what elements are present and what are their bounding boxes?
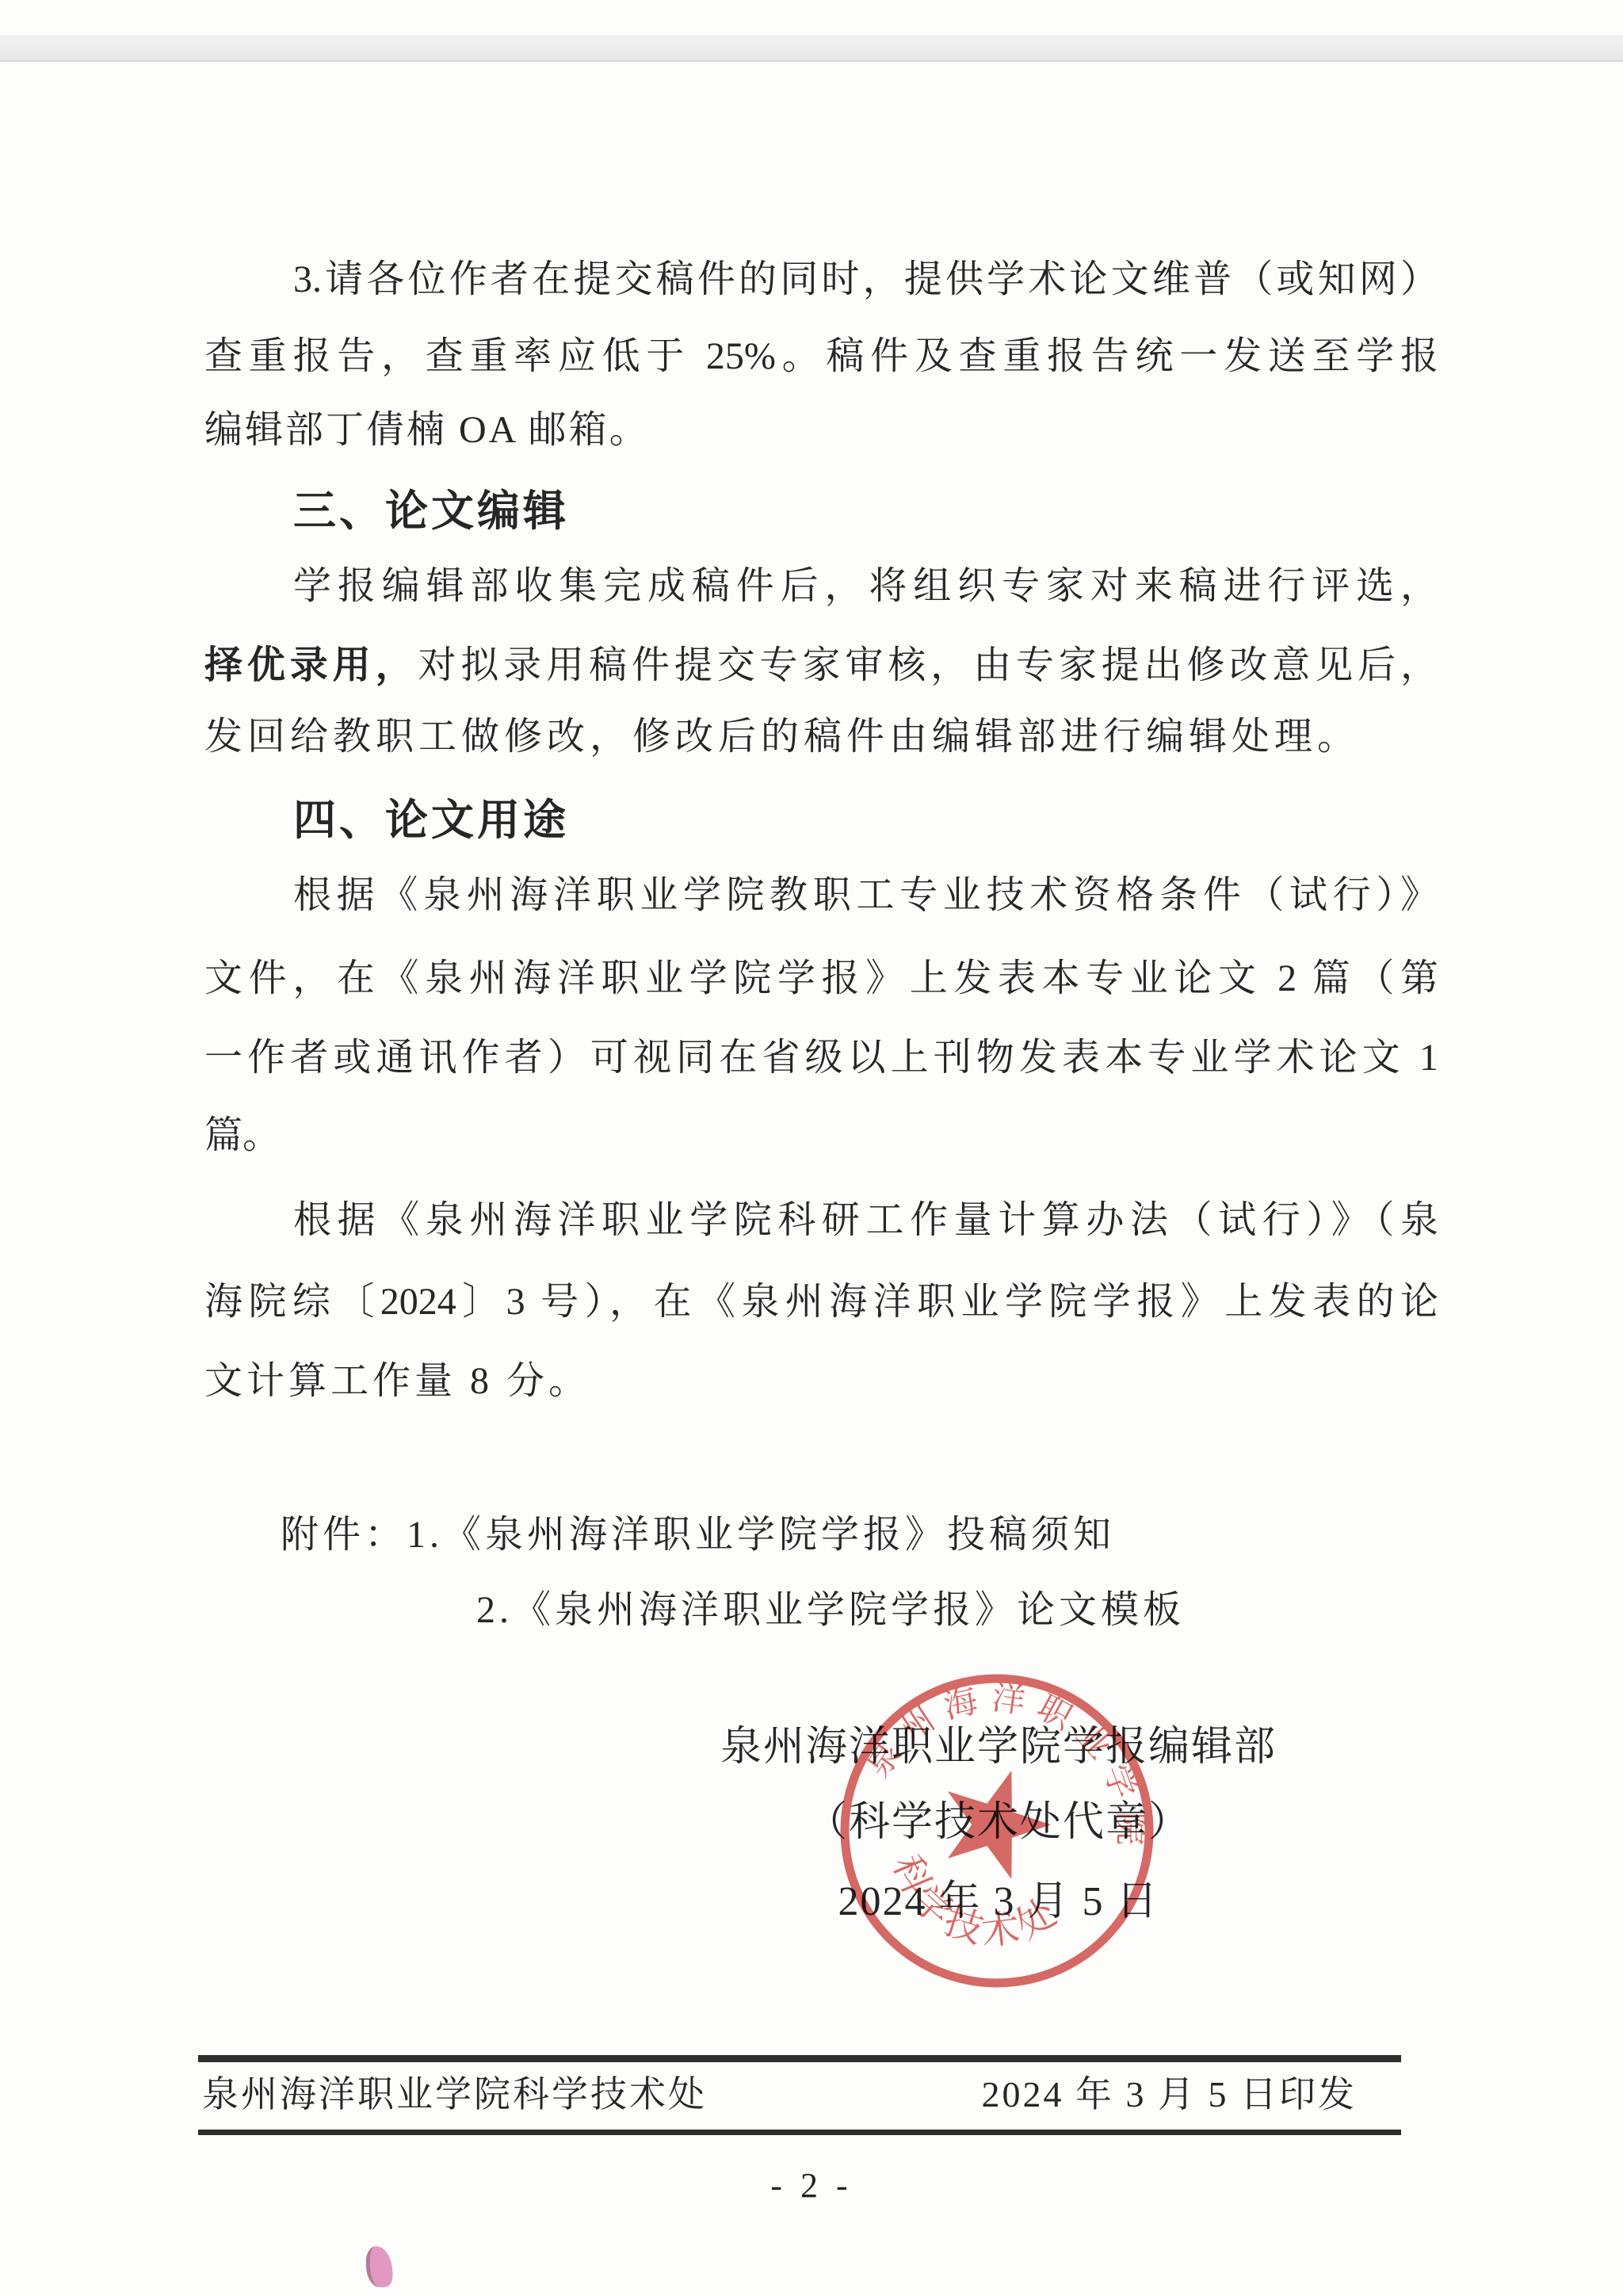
para-submit-line2: 查重报告，查重率应低于 25%。稿件及查重报告统一发送至学报 <box>204 328 1438 385</box>
section-heading-editing: 三、论文编辑 <box>293 483 569 540</box>
attachment-line1: 附件：1.《泉州海洋职业学院学报》投稿须知 <box>281 1507 1115 1564</box>
page-number: - 2 - <box>0 2160 1623 2211</box>
section4-p1-line1: 根据《泉州海洋职业学院教职工专业技术资格条件（试行）》 <box>293 867 1438 924</box>
footer-rule-bottom <box>198 2130 1401 2135</box>
footer-rule-top <box>198 2055 1401 2062</box>
section4-p1-line3: 一作者或通讯作者）可视同在省级以上刊物发表本专业学术论文 1 <box>204 1030 1438 1087</box>
scan-artifact-band <box>0 35 1623 62</box>
section4-p1-line2: 文件，在《泉州海洋职业学院学报》上发表本专业论文 2 篇（第 <box>204 950 1438 1007</box>
para-submit-line1: 3.请各位作者在提交稿件的同时，提供学术论文维普（或知网） <box>293 251 1438 308</box>
section4-p2-line1: 根据《泉州海洋职业学院科研工作量计算办法（试行）》（泉 <box>293 1192 1438 1249</box>
bold-phrase: 择优录用， <box>204 644 418 686</box>
scanned-document-page: { "document": { "para_submit": { "l1": "… <box>0 0 1623 2296</box>
section3-line3: 发回给教职工做修改，修改后的稿件由编辑部进行编辑处理。 <box>204 709 1360 766</box>
signature-date: 2024 年 3 月 5 日 <box>697 1875 1300 1929</box>
pink-ink-smudge <box>365 2245 394 2288</box>
attachment-line2: 2.《泉州海洋职业学院学报》论文模板 <box>476 1582 1185 1639</box>
para-submit-line3: 编辑部丁倩楠 OA 邮箱。 <box>204 402 650 459</box>
section-heading-usage: 四、论文用途 <box>293 792 569 849</box>
footer-issuer: 泉州海洋职业学院科学技术处 <box>202 2069 707 2120</box>
signature-org: 泉州海洋职业学院学报编辑部 <box>697 1721 1300 1775</box>
section3-line2-rest: 对拟录用稿件提交专家审核，由专家提出修改意见后， <box>418 644 1438 686</box>
section3-line2: 择优录用，对拟录用稿件提交专家审核，由专家提出修改意见后， <box>204 637 1438 694</box>
signature-proxy: （科学技术处代章） <box>697 1796 1300 1850</box>
section4-p2-line2: 海院综〔2024〕3 号），在《泉州海洋职业学院学报》上发表的论 <box>204 1274 1438 1331</box>
section3-line1: 学报编辑部收集完成稿件后，将组织专家对来稿进行评选， <box>293 558 1438 615</box>
section4-p2-line3: 文计算工作量 8 分。 <box>204 1353 590 1410</box>
section4-p1-line4: 篇。 <box>204 1107 281 1164</box>
footer-print-date: 2024 年 3 月 5 日印发 <box>982 2069 1358 2120</box>
